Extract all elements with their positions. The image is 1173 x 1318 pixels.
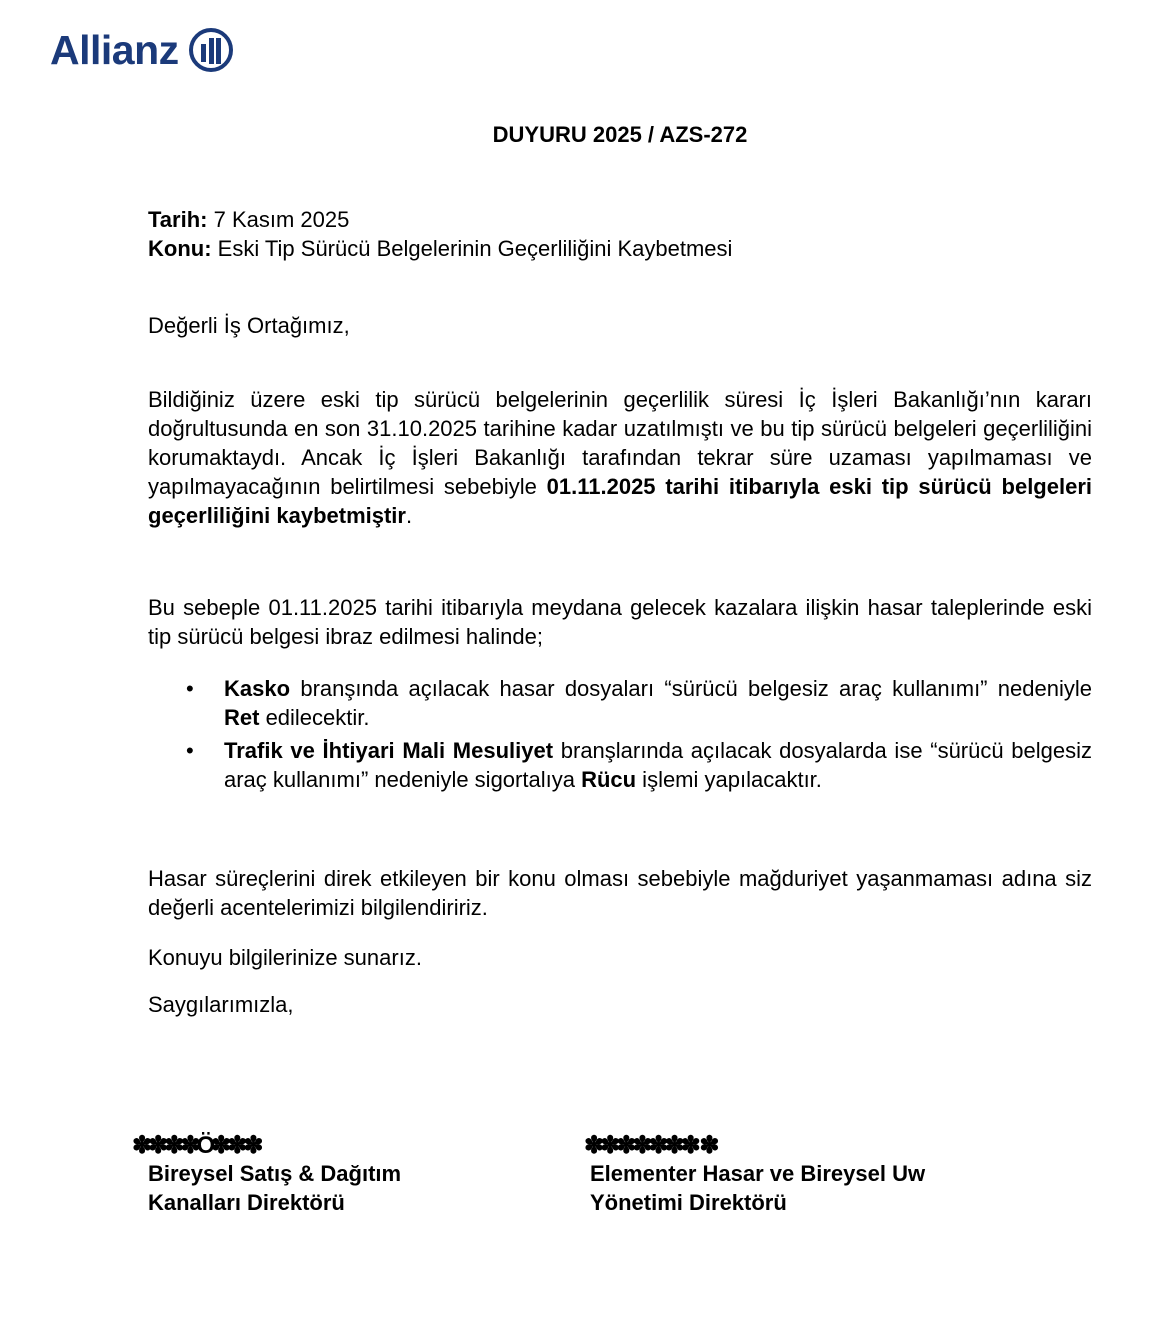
signature-title-line: Kanalları Direktörü bbox=[148, 1188, 401, 1217]
subject-value: Eski Tip Sürücü Belgelerinin Geçerliliği… bbox=[212, 236, 733, 261]
date-label: Tarih: bbox=[148, 207, 207, 232]
bullet-item: • Trafik ve İhtiyari Mali Mesuliyet bran… bbox=[148, 736, 1092, 794]
bullet-item: • Kasko branşında açılacak hasar dosyala… bbox=[148, 674, 1092, 732]
date-value: 7 Kasım 2025 bbox=[207, 207, 349, 232]
signature-right: ✽✽✽✽✽✽✽ ✽ Elementer Hasar ve Bireysel Uw… bbox=[590, 1133, 925, 1217]
bullet-text: edilecektir. bbox=[259, 705, 369, 730]
allianz-logo: Allianz bbox=[50, 24, 233, 76]
allianz-mark-icon bbox=[189, 28, 233, 72]
paragraph-3: Hasar süreçlerini direk etkileyen bir ko… bbox=[148, 864, 1092, 922]
subject-label: Konu: bbox=[148, 236, 212, 261]
bullet-bold: Rücu bbox=[581, 767, 636, 792]
paragraph-1: Bildiğiniz üzere eski tip sürücü belgele… bbox=[148, 385, 1092, 530]
closing-line: Konuyu bilgilerinize sunarız. bbox=[148, 943, 1092, 972]
signature-title-line: Yönetimi Direktörü bbox=[590, 1188, 925, 1217]
bullet-text: işlemi yapılacaktır. bbox=[636, 767, 822, 792]
meta-block: Tarih: 7 Kasım 2025 Konu: Eski Tip Sürüc… bbox=[148, 205, 1092, 263]
bullet-icon: • bbox=[186, 736, 194, 765]
bullet-text: branşında açılacak hasar dosyaları “sürü… bbox=[290, 676, 1092, 701]
redacted-name: ✽✽✽✽Ö✽✽✽ bbox=[132, 1133, 401, 1159]
para1-end: . bbox=[406, 503, 412, 528]
bullet-bold: Trafik ve İhtiyari Mali Mesuliyet bbox=[224, 738, 553, 763]
greeting: Değerli İş Ortağımız, bbox=[148, 311, 1092, 340]
bullet-bold: Ret bbox=[224, 705, 259, 730]
subject-line: Konu: Eski Tip Sürücü Belgelerinin Geçer… bbox=[148, 234, 1092, 263]
signature-title-line: Elementer Hasar ve Bireysel Uw bbox=[590, 1159, 925, 1188]
redacted-name: ✽✽✽✽✽✽✽ ✽ bbox=[584, 1133, 925, 1159]
signature-title-line: Bireysel Satış & Dağıtım bbox=[148, 1159, 401, 1188]
regards-line: Saygılarımızla, bbox=[148, 990, 1092, 1019]
announcement-title: DUYURU 2025 / AZS-272 bbox=[0, 122, 1173, 148]
logo-text: Allianz bbox=[50, 27, 179, 74]
date-line: Tarih: 7 Kasım 2025 bbox=[148, 205, 1092, 234]
signature-left: ✽✽✽✽Ö✽✽✽ Bireysel Satış & Dağıtım Kanall… bbox=[148, 1133, 401, 1217]
bullet-bold: Kasko bbox=[224, 676, 290, 701]
bullet-icon: • bbox=[186, 674, 194, 703]
bullet-list: • Kasko branşında açılacak hasar dosyala… bbox=[148, 674, 1092, 798]
paragraph-2: Bu sebeple 01.11.2025 tarihi itibarıyla … bbox=[148, 593, 1092, 651]
